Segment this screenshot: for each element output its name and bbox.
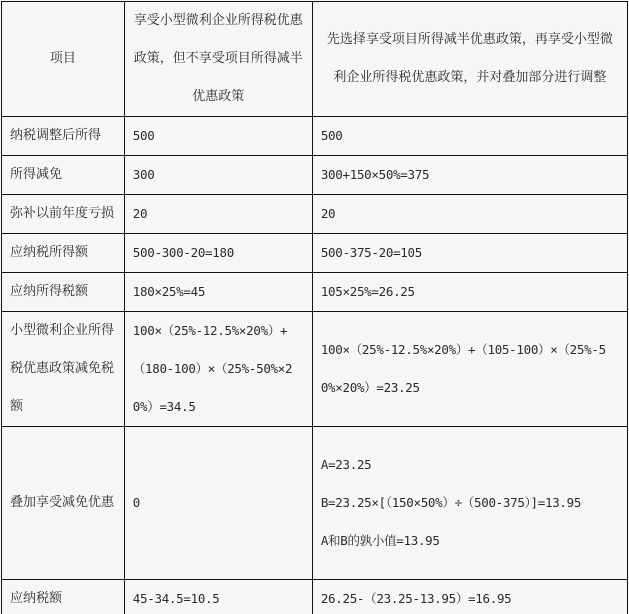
row-label: 叠加享受减免优惠 bbox=[2, 427, 125, 580]
scenario-a-value: 180×25%=45 bbox=[124, 273, 312, 312]
scenario-b-value: 105×25%=26.25 bbox=[312, 273, 627, 312]
scenario-b-value: 500-375-20=105 bbox=[312, 234, 627, 273]
row-label: 应纳所得税额 bbox=[2, 273, 125, 312]
value-line: A和B的孰小值=13.95 bbox=[321, 522, 619, 560]
scenario-a-value: 300 bbox=[124, 156, 312, 195]
table-row: 叠加享受减免优惠 0 A=23.25 B=23.25×[（150×50%）÷（5… bbox=[2, 427, 628, 580]
row-label: 小型微利企业所得税优惠政策减免税额 bbox=[2, 312, 125, 427]
scenario-a-value: 0 bbox=[124, 427, 312, 580]
scenario-a-value: 20 bbox=[124, 195, 312, 234]
scenario-b-value: 500 bbox=[312, 117, 627, 156]
header-item: 项目 bbox=[2, 2, 125, 117]
table-row: 应纳税所得额 500-300-20=180 500-375-20=105 bbox=[2, 234, 628, 273]
table-row: 纳税调整后所得 500 500 bbox=[2, 117, 628, 156]
scenario-a-value: 500-300-20=180 bbox=[124, 234, 312, 273]
row-label: 弥补以前年度亏损 bbox=[2, 195, 125, 234]
table-row: 弥补以前年度亏损 20 20 bbox=[2, 195, 628, 234]
header-row: 项目 享受小型微利企业所得税优惠政策，但不享受项目所得减半优惠政策 先选择享受项… bbox=[2, 2, 628, 117]
header-scenario-b: 先选择享受项目所得减半优惠政策，再享受小型微利企业所得税优惠政策，并对叠加部分进… bbox=[312, 2, 627, 117]
table-row: 所得减免 300 300+150×50%=375 bbox=[2, 156, 628, 195]
table-row: 小型微利企业所得税优惠政策减免税额 100×（25%-12.5%×20%）+（1… bbox=[2, 312, 628, 427]
row-label: 所得减免 bbox=[2, 156, 125, 195]
scenario-a-value: 45-34.5=10.5 bbox=[124, 580, 312, 614]
row-label: 应纳税所得额 bbox=[2, 234, 125, 273]
tax-comparison-table: 项目 享受小型微利企业所得税优惠政策，但不享受项目所得减半优惠政策 先选择享受项… bbox=[1, 1, 628, 614]
row-label: 纳税调整后所得 bbox=[2, 117, 125, 156]
scenario-a-value: 100×（25%-12.5%×20%）+（180-100）×（25%-50%×2… bbox=[124, 312, 312, 427]
table-row: 应纳税额 45-34.5=10.5 26.25-（23.25-13.95）=16… bbox=[2, 580, 628, 614]
scenario-b-value: 100×（25%-12.5%×20%）+（105-100）×（25%-50%×2… bbox=[312, 312, 627, 427]
scenario-b-value: 20 bbox=[312, 195, 627, 234]
header-scenario-a: 享受小型微利企业所得税优惠政策，但不享受项目所得减半优惠政策 bbox=[124, 2, 312, 117]
row-label: 应纳税额 bbox=[2, 580, 125, 614]
scenario-a-value: 500 bbox=[124, 117, 312, 156]
table-row: 应纳所得税额 180×25%=45 105×25%=26.25 bbox=[2, 273, 628, 312]
scenario-b-value: 300+150×50%=375 bbox=[312, 156, 627, 195]
value-line: A=23.25 bbox=[321, 446, 619, 484]
scenario-b-value: 26.25-（23.25-13.95）=16.95 bbox=[312, 580, 627, 614]
scenario-b-value: A=23.25 B=23.25×[（150×50%）÷（500-375）]=13… bbox=[312, 427, 627, 580]
value-line: B=23.25×[（150×50%）÷（500-375）]=13.95 bbox=[321, 484, 619, 522]
